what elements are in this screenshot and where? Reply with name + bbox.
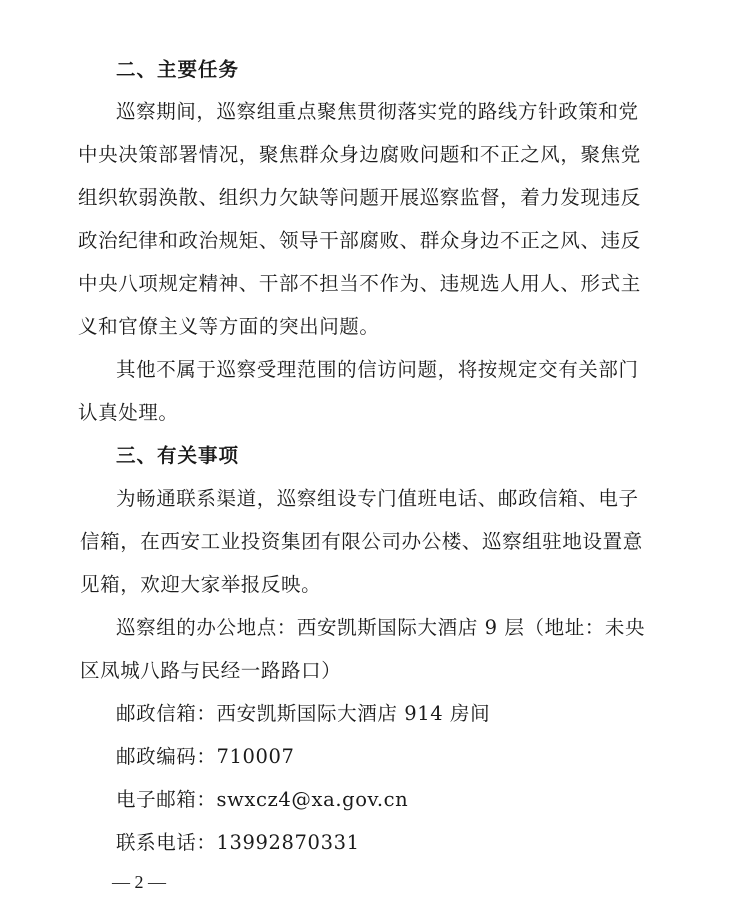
paragraph-line: 巡察期间，巡察组重点聚焦贯彻落实党的路线方针政策和党 (116, 99, 639, 125)
paragraph-line: 见箱，欢迎大家举报反映。 (80, 572, 321, 598)
page-number: — 2 — (112, 872, 166, 893)
paragraph-line: 中央八项规定精神、干部不担当不作为、违规选人用人、形式主 (78, 271, 641, 297)
paragraph-line: 信箱，在西安工业投资集团有限公司办公楼、巡察组驻地设置意 (80, 529, 643, 555)
paragraph-line: 组织软弱涣散、组织力欠缺等问题开展巡察监督，着力发现违反 (78, 185, 641, 211)
contact-value: 西安凯斯国际大酒店 914 房间 (217, 702, 491, 725)
contact-phone: 联系电话：13992870331 (116, 830, 360, 856)
paragraph-line: 区凤城八路与民经一路路口） (80, 658, 341, 684)
contact-label: 邮政信箱： (116, 702, 217, 725)
paragraph-line: 认真处理。 (78, 400, 179, 426)
paragraph-line: 为畅通联系渠道，巡察组设专门值班电话、邮政信箱、电子 (116, 486, 639, 512)
contact-postal-box: 邮政信箱：西安凯斯国际大酒店 914 房间 (116, 701, 490, 727)
contact-label: 邮政编码： (116, 745, 217, 768)
paragraph-line: 巡察组的办公地点：西安凯斯国际大酒店 9 层（地址：未央 (116, 615, 645, 641)
section-heading-related-matters: 三、有关事项 (116, 443, 239, 469)
contact-postal-code: 邮政编码：710007 (116, 744, 295, 770)
contact-value: 710007 (217, 745, 295, 768)
contact-label: 联系电话： (116, 831, 217, 854)
paragraph-line: 其他不属于巡察受理范围的信访问题，将按规定交有关部门 (116, 357, 639, 383)
contact-value: 13992870331 (217, 831, 360, 854)
contact-label: 电子邮箱： (116, 788, 217, 811)
paragraph-line: 义和官僚主义等方面的突出问题。 (78, 314, 380, 340)
contact-value: swxcz4@xa.gov.cn (217, 788, 409, 811)
paragraph-line: 政治纪律和政治规矩、领导干部腐败、群众身边不正之风、违反 (78, 228, 641, 254)
paragraph-line: 中央决策部署情况，聚焦群众身边腐败问题和不正之风，聚焦党 (78, 142, 641, 168)
contact-email: 电子邮箱：swxcz4@xa.gov.cn (116, 787, 408, 813)
section-heading-main-tasks: 二、主要任务 (116, 57, 239, 83)
